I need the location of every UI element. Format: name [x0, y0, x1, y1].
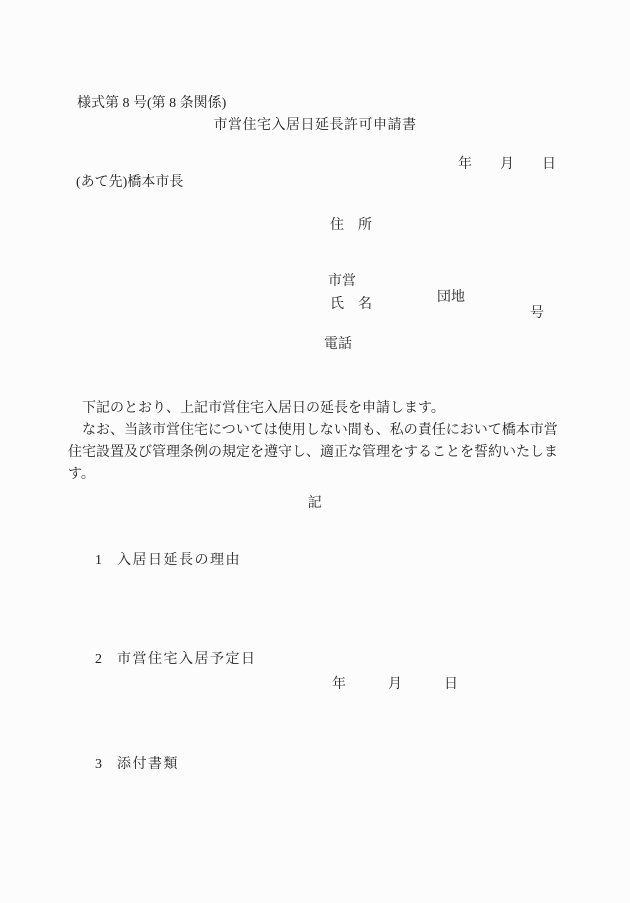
declaration-line-4: す。 [68, 464, 568, 486]
estate-prefix-label: 市営 [328, 274, 356, 290]
recipient-line: (あて先)橋本市長 [76, 175, 183, 191]
application-date-blank: 年 月 日 [458, 157, 556, 173]
estate-suffix-label: 団地 [437, 290, 465, 306]
declaration-line-3: 住宅設置及び管理条例の規定を遵守し、適正な管理をすることを誓約いたしま [68, 442, 568, 464]
form-number: 様式第 8 号(第 8 条関係) [77, 96, 226, 112]
item-1-number: 1 [95, 553, 102, 568]
item-1-label: 入居日延長の理由 [117, 553, 241, 568]
item-1-row: 1入居日延長の理由 [81, 537, 241, 553]
item-2-label: 市営住宅入居予定日 [117, 652, 257, 667]
phone-label: 電話 [324, 337, 352, 353]
room-number-suffix-label: 号 [530, 306, 544, 322]
estate-fill-in-line: 市営 団地 号 [0, 258, 630, 274]
item-2-row: 2市営住宅入居予定日 [81, 636, 257, 652]
declaration-line-2: なお、当該市営住宅については使用しない間も、私の責任において橋本市営 [68, 420, 568, 442]
application-form-document: 様式第 8 号(第 8 条関係) 市営住宅入居日延長許可申請書 年 月 日 (あ… [0, 0, 630, 903]
item-3-row: 3添付書類 [81, 741, 179, 757]
declaration-paragraph: 下記のとおり、上記市営住宅入居日の延長を申請します。 なお、当該市営住宅について… [68, 398, 568, 486]
planned-date-blank: 年 月 日 [332, 677, 458, 693]
document-title: 市営住宅入居日延長許可申請書 [0, 118, 630, 134]
item-2-number: 2 [95, 652, 102, 667]
name-label: 氏 名 [330, 297, 372, 313]
list-marker: 記 [0, 496, 630, 512]
declaration-line-1: 下記のとおり、上記市営住宅入居日の延長を申請します。 [68, 398, 568, 420]
item-3-number: 3 [95, 757, 102, 772]
address-label: 住 所 [330, 218, 372, 234]
item-3-label: 添付書類 [117, 757, 179, 772]
